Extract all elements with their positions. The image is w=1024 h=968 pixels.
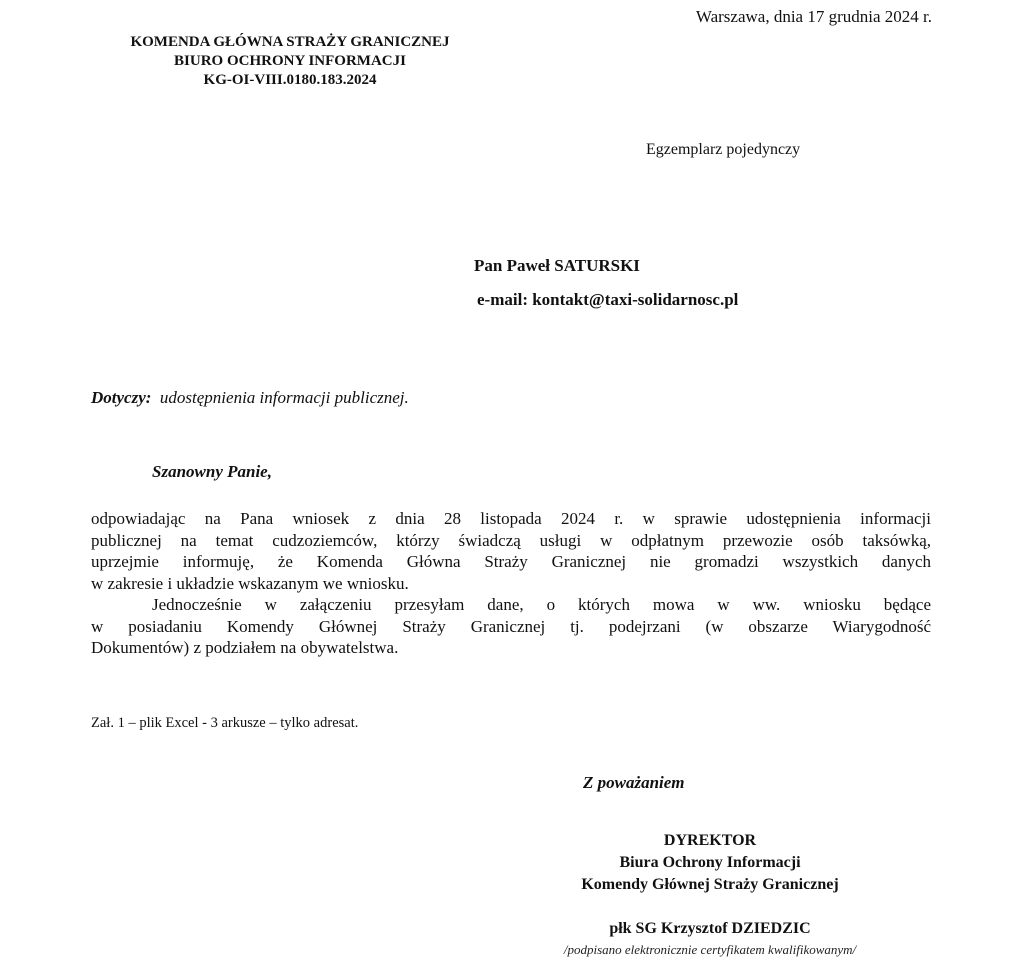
date-line: Warszawa, dnia 17 grudnia 2024 r. [560, 7, 932, 27]
signature-office-line1: Biura Ochrony Informacji [500, 854, 920, 872]
subject-line: Dotyczy: udostępnienia informacji public… [91, 388, 409, 408]
header-office: BIURO OCHRONY INFORMACJI [90, 52, 490, 71]
greeting: Szanowny Panie, [152, 462, 272, 482]
paragraph-2: Jednocześnie w załączeniu przesyłam dane… [91, 594, 931, 659]
paragraph-line: odpowiadając na Pana wniosek z dnia 28 l… [91, 508, 931, 530]
signature-title: DYREKTOR [500, 832, 920, 850]
closing: Z poważaniem [583, 773, 685, 793]
paragraph-line: Dokumentów) z podziałem na obywatelstwa. [91, 637, 931, 659]
subject-text: udostępnienia informacji publicznej. [160, 388, 409, 407]
signature-name: płk SG Krzysztof DZIEDZIC [500, 920, 920, 938]
signature-note: /podpisano elektronicznie certyfikatem k… [500, 942, 920, 958]
paragraph-line: publicznej na temat cudzoziemców, którzy… [91, 530, 931, 552]
paragraph-line: uprzejmie informuję, że Komenda Główna S… [91, 551, 931, 573]
paragraph-1: odpowiadając na Pana wniosek z dnia 28 l… [91, 508, 931, 594]
header-institution: KOMENDA GŁÓWNA STRAŻY GRANICZNEJ [90, 33, 490, 52]
recipient-email: e-mail: kontakt@taxi-solidarnosc.pl [477, 290, 738, 310]
recipient-name: Pan Paweł SATURSKI [474, 256, 640, 276]
paragraph-line: w posiadaniu Komendy Głównej Straży Gran… [91, 616, 931, 638]
subject-label: Dotyczy: [91, 388, 151, 407]
header-reference: KG-OI-VIII.0180.183.2024 [90, 71, 490, 90]
paragraph-line: w zakresie i układzie wskazanym we wnios… [91, 573, 931, 595]
copy-note: Egzemplarz pojedynczy [646, 141, 800, 159]
signature-office-line2: Komendy Głównej Straży Granicznej [500, 876, 920, 894]
attachment-note: Zał. 1 – plik Excel - 3 arkusze – tylko … [91, 715, 358, 732]
paragraph-line: Jednocześnie w załączeniu przesyłam dane… [91, 594, 931, 616]
